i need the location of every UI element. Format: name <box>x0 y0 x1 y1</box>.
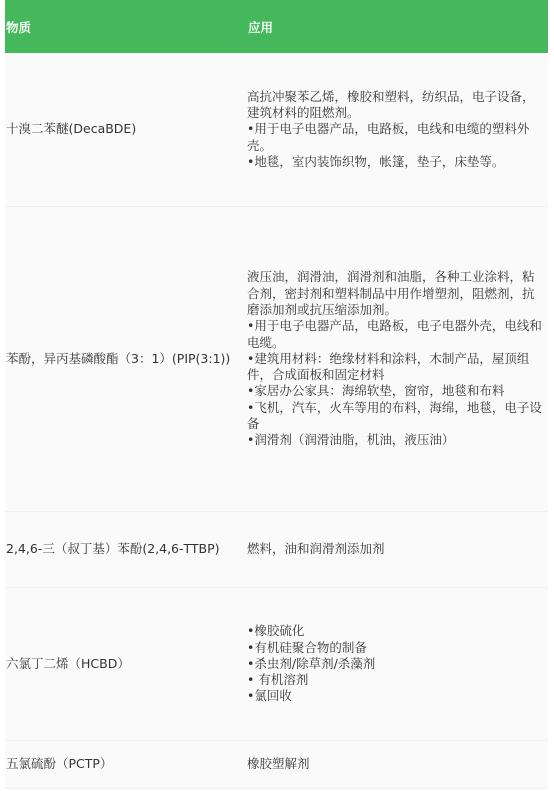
substance-cell: 苯酚，异丙基磷酸酯（3：1）(PIP(3:1)) <box>5 351 247 367</box>
application-line: •杀虫剂/除草剂/杀藻剂 <box>247 656 546 672</box>
application-line: •飞机，汽车，火车等用的布料，海绵，地毯，电子设备 <box>247 400 546 433</box>
application-cell: 燃料，油和润滑剂添加剂 <box>247 541 548 557</box>
application-line: •家居办公家具：海绵软垫，窗帘，地毯和布料 <box>247 383 546 399</box>
table-row: 苯酚，异丙基磷酸酯（3：1）(PIP(3:1)) 液压油，润滑油，润滑剂和油脂，… <box>5 207 548 512</box>
substance-cell: 五氯硫酚（PCTP） <box>5 756 247 772</box>
application-line: •地毯，室内装饰织物，帐篷，垫子，床垫等。 <box>247 154 546 170</box>
header-substance: 物质 <box>5 18 248 36</box>
application-line: •建筑用材料：绝缘材料和涂料，木制产品，屋顶组件，合成面板和固定材料 <box>247 351 546 384</box>
application-cell: 液压油，润滑油，润滑剂和油脂，各种工业涂料，粘合剂，密封剂和塑料制品中用作增塑剂… <box>247 269 548 448</box>
application-line: 高抗冲聚苯乙烯，橡胶和塑料，纺织品，电子设备，建筑材料的阻燃剂。 <box>247 89 546 122</box>
table-header: 物质 应用 <box>5 0 548 53</box>
table-row: 2,4,6-三（叔丁基）苯酚(2,4,6-TTBP) 燃料，油和润滑剂添加剂 <box>5 512 548 588</box>
application-line: •橡胶硫化 <box>247 623 546 639</box>
application-line: •用于电子电器产品，电路板，电线和电缆的塑料外壳。 <box>247 121 546 154</box>
header-application: 应用 <box>248 18 548 36</box>
application-line: 液压油，润滑油，润滑剂和油脂，各种工业涂料，粘合剂，密封剂和塑料制品中用作增塑剂… <box>247 269 546 318</box>
application-line: •氯回收 <box>247 688 546 704</box>
substances-table: 物质 应用 十溴二苯醚(DecaBDE) 高抗冲聚苯乙烯，橡胶和塑料，纺织品，电… <box>5 0 548 789</box>
substance-cell: 十溴二苯醚(DecaBDE) <box>5 121 247 137</box>
application-line: 燃料，油和润滑剂添加剂 <box>247 541 546 557</box>
application-line: 橡胶塑解剂 <box>247 756 546 772</box>
table-row: 六氯丁二烯（HCBD） •橡胶硫化 •有机硅聚合物的制备 •杀虫剂/除草剂/杀藻… <box>5 588 548 741</box>
substance-cell: 2,4,6-三（叔丁基）苯酚(2,4,6-TTBP) <box>5 541 247 557</box>
application-line: • 有机溶剂 <box>247 672 546 688</box>
substance-cell: 六氯丁二烯（HCBD） <box>5 656 247 672</box>
application-line: •润滑剂（润滑油脂，机油，液压油） <box>247 432 546 448</box>
application-cell: 高抗冲聚苯乙烯，橡胶和塑料，纺织品，电子设备，建筑材料的阻燃剂。 •用于电子电器… <box>247 89 548 170</box>
application-line: •用于电子电器产品，电路板，电子电器外壳，电线和电缆。 <box>247 318 546 351</box>
table-row: 十溴二苯醚(DecaBDE) 高抗冲聚苯乙烯，橡胶和塑料，纺织品，电子设备，建筑… <box>5 53 548 207</box>
application-cell: 橡胶塑解剂 <box>247 756 548 772</box>
application-line: •有机硅聚合物的制备 <box>247 640 546 656</box>
application-cell: •橡胶硫化 •有机硅聚合物的制备 •杀虫剂/除草剂/杀藻剂 • 有机溶剂 •氯回… <box>247 623 548 704</box>
table-row: 五氯硫酚（PCTP） 橡胶塑解剂 <box>5 741 548 789</box>
